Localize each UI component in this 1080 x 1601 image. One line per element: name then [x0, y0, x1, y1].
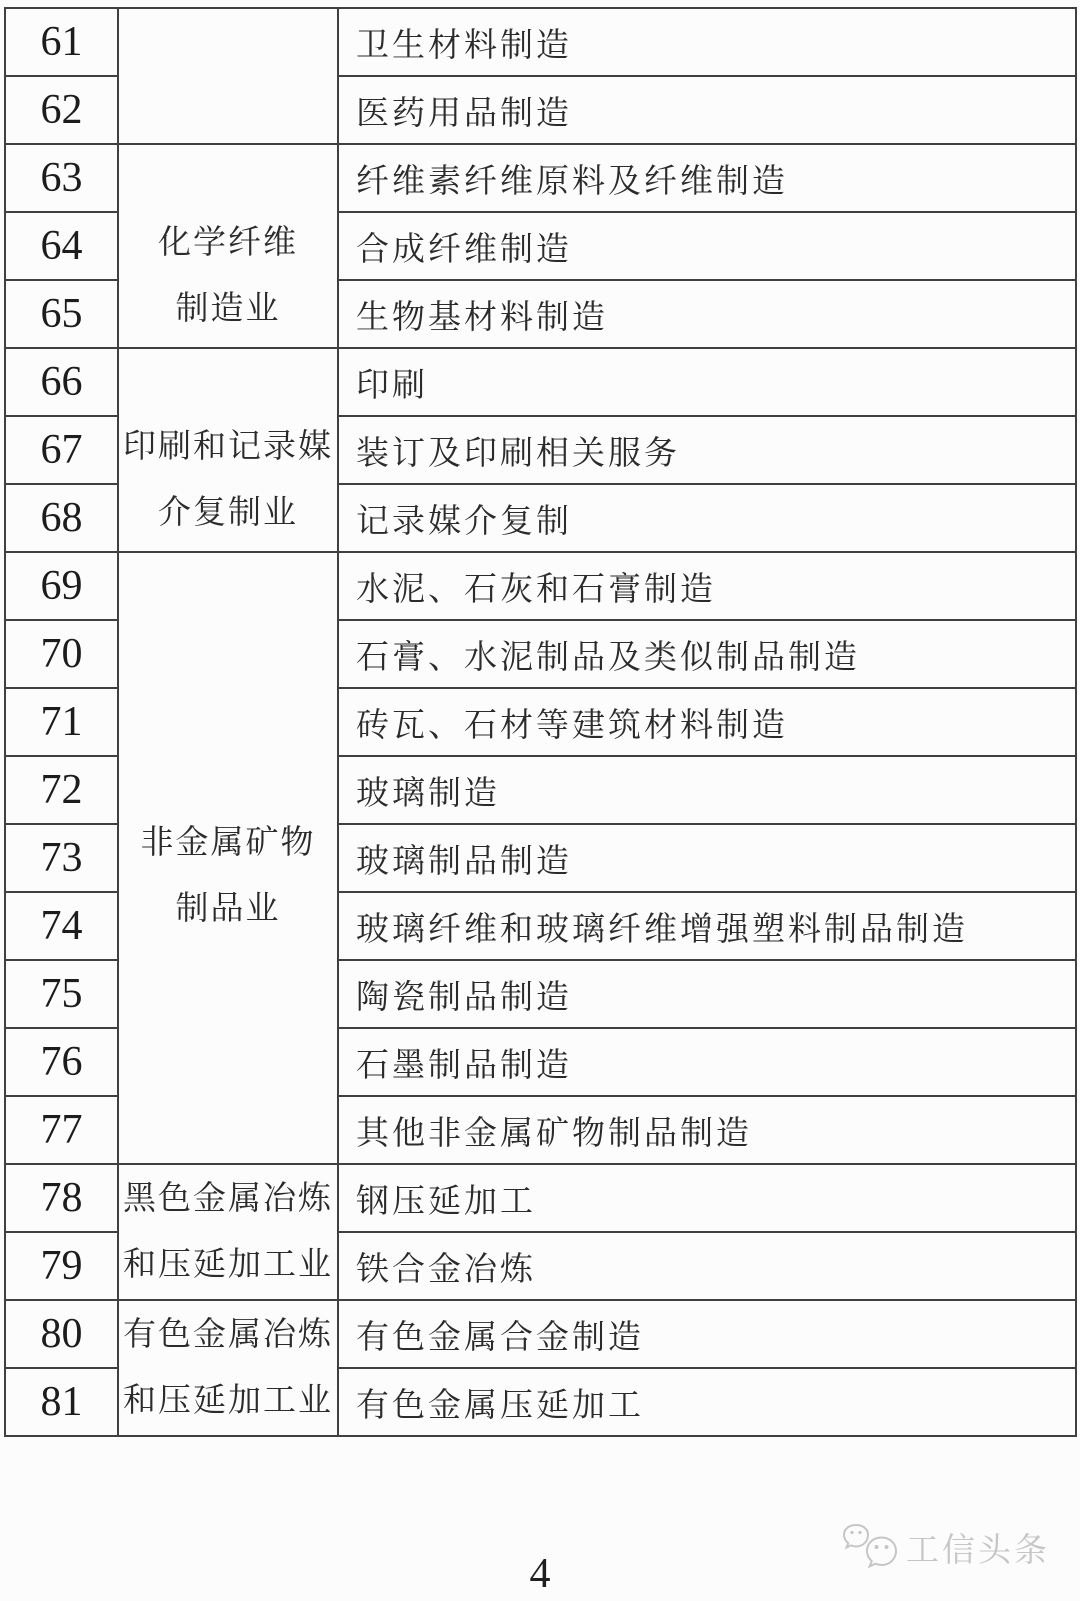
row-number: 73 — [5, 824, 118, 892]
row-number: 68 — [5, 484, 118, 552]
row-number: 77 — [5, 1096, 118, 1164]
category-cell-empty — [118, 8, 338, 144]
industry-table: 61 卫生材料制造 62 医药用品制造 63 化学纤维 制造业 纤维素纤维原料及… — [4, 7, 1077, 1437]
industry-cell: 砖瓦、石材等建筑材料制造 — [338, 688, 1076, 756]
industry-cell: 装订及印刷相关服务 — [338, 416, 1076, 484]
industry-cell: 钢压延加工 — [338, 1164, 1076, 1232]
row-number: 66 — [5, 348, 118, 416]
row-number: 70 — [5, 620, 118, 688]
category-cell-chemical-fiber: 化学纤维 制造业 — [118, 144, 338, 348]
row-number: 62 — [5, 76, 118, 144]
industry-cell: 玻璃纤维和玻璃纤维增强塑料制品制造 — [338, 892, 1076, 960]
table-row: 78 黑色金属冶炼 和压延加工业 钢压延加工 — [5, 1164, 1076, 1232]
category-cell-ferrous-metal: 黑色金属冶炼 和压延加工业 — [118, 1164, 338, 1300]
table-row: 66 印刷和记录媒 介复制业 印刷 — [5, 348, 1076, 416]
industry-cell: 石墨制品制造 — [338, 1028, 1076, 1096]
row-number: 65 — [5, 280, 118, 348]
industry-cell: 印刷 — [338, 348, 1076, 416]
table-row: 80 有色金属冶炼 和压延加工业 有色金属合金制造 — [5, 1300, 1076, 1368]
industry-cell: 石膏、水泥制品及类似制品制造 — [338, 620, 1076, 688]
row-number: 81 — [5, 1368, 118, 1436]
industry-cell: 其他非金属矿物制品制造 — [338, 1096, 1076, 1164]
category-cell-nonferrous-metal: 有色金属冶炼 和压延加工业 — [118, 1300, 338, 1436]
industry-cell: 记录媒介复制 — [338, 484, 1076, 552]
industry-cell: 医药用品制造 — [338, 76, 1076, 144]
industry-cell: 陶瓷制品制造 — [338, 960, 1076, 1028]
row-number: 63 — [5, 144, 118, 212]
table-row: 69 非金属矿物 制品业 水泥、石灰和石膏制造 — [5, 552, 1076, 620]
row-number: 69 — [5, 552, 118, 620]
industry-cell: 纤维素纤维原料及纤维制造 — [338, 144, 1076, 212]
industry-cell: 有色金属合金制造 — [338, 1300, 1076, 1368]
row-number: 76 — [5, 1028, 118, 1096]
watermark: 工信头条 — [842, 1524, 1050, 1572]
row-number: 78 — [5, 1164, 118, 1232]
row-number: 74 — [5, 892, 118, 960]
row-number: 71 — [5, 688, 118, 756]
industry-cell: 玻璃制品制造 — [338, 824, 1076, 892]
row-number: 75 — [5, 960, 118, 1028]
row-number: 72 — [5, 756, 118, 824]
industry-cell: 有色金属压延加工 — [338, 1368, 1076, 1436]
chat-bubbles-icon — [842, 1524, 898, 1572]
row-number: 79 — [5, 1232, 118, 1300]
row-number: 64 — [5, 212, 118, 280]
row-number: 80 — [5, 1300, 118, 1368]
industry-cell: 合成纤维制造 — [338, 212, 1076, 280]
row-number: 61 — [5, 8, 118, 76]
table-row: 63 化学纤维 制造业 纤维素纤维原料及纤维制造 — [5, 144, 1076, 212]
industry-cell: 玻璃制造 — [338, 756, 1076, 824]
watermark-text: 工信头条 — [906, 1529, 1050, 1568]
industry-cell: 铁合金冶炼 — [338, 1232, 1076, 1300]
table-row: 61 卫生材料制造 — [5, 8, 1076, 76]
industry-cell: 卫生材料制造 — [338, 8, 1076, 76]
category-cell-nonmetal-mineral: 非金属矿物 制品业 — [118, 552, 338, 1164]
category-cell-printing: 印刷和记录媒 介复制业 — [118, 348, 338, 552]
row-number: 67 — [5, 416, 118, 484]
industry-cell: 水泥、石灰和石膏制造 — [338, 552, 1076, 620]
industry-cell: 生物基材料制造 — [338, 280, 1076, 348]
